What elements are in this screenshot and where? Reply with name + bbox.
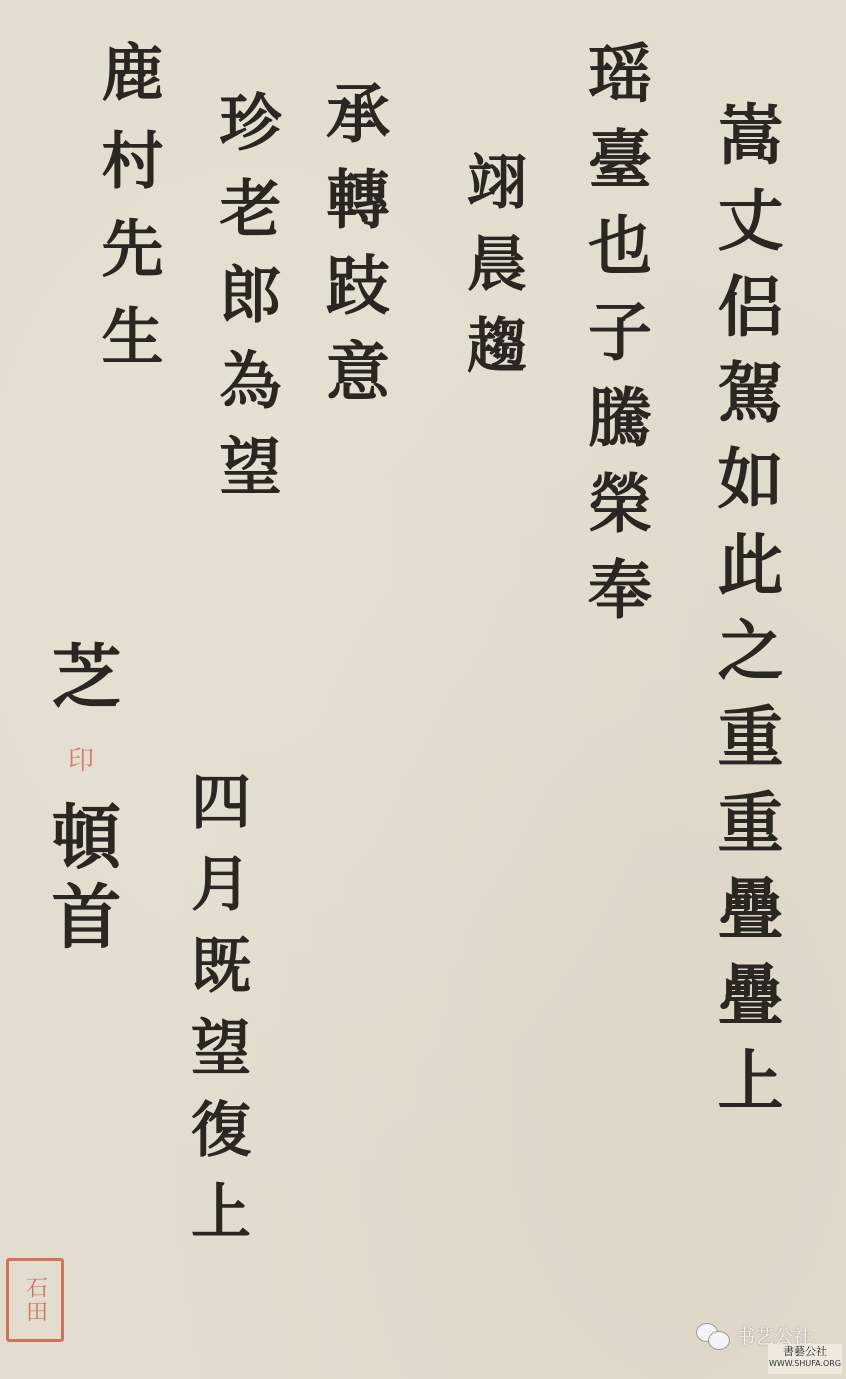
text-column-4: 承轉跂意 [320,80,384,424]
signature-seal: 印 [68,740,162,780]
date-column: 四月既望復上 [186,770,246,1262]
calligraphy-paper: 嵩丈侣駕如此之重重疊疊上 瑶臺也子騰榮奉 翊晨趨 承轉跂意 珍老郎為望 鹿村先生… [0,0,846,1379]
wechat-icon [696,1323,730,1349]
seal-text: 石田 [20,1276,51,1324]
watermark-badge-title: 書藝公社 [783,1345,827,1359]
text-column-1: 嵩丈侣駕如此之重重疊疊上 [712,100,778,1132]
text-column-3: 翊晨趨 [462,150,522,396]
text-column-5: 珍老郎為望 [214,90,276,520]
collector-seal: 石田 [6,1258,64,1342]
text-column-2: 瑶臺也子騰榮奉 [582,40,646,642]
signature-column: 芝𩼐頓首 [46,640,116,960]
watermark-badge-url: WWW.SHUFA.ORG [769,1359,841,1369]
text-column-6: 鹿村先生 [96,40,158,392]
seal-glyph: 印 [68,740,94,780]
watermark-badge: 書藝公社 WWW.SHUFA.ORG [768,1344,842,1374]
